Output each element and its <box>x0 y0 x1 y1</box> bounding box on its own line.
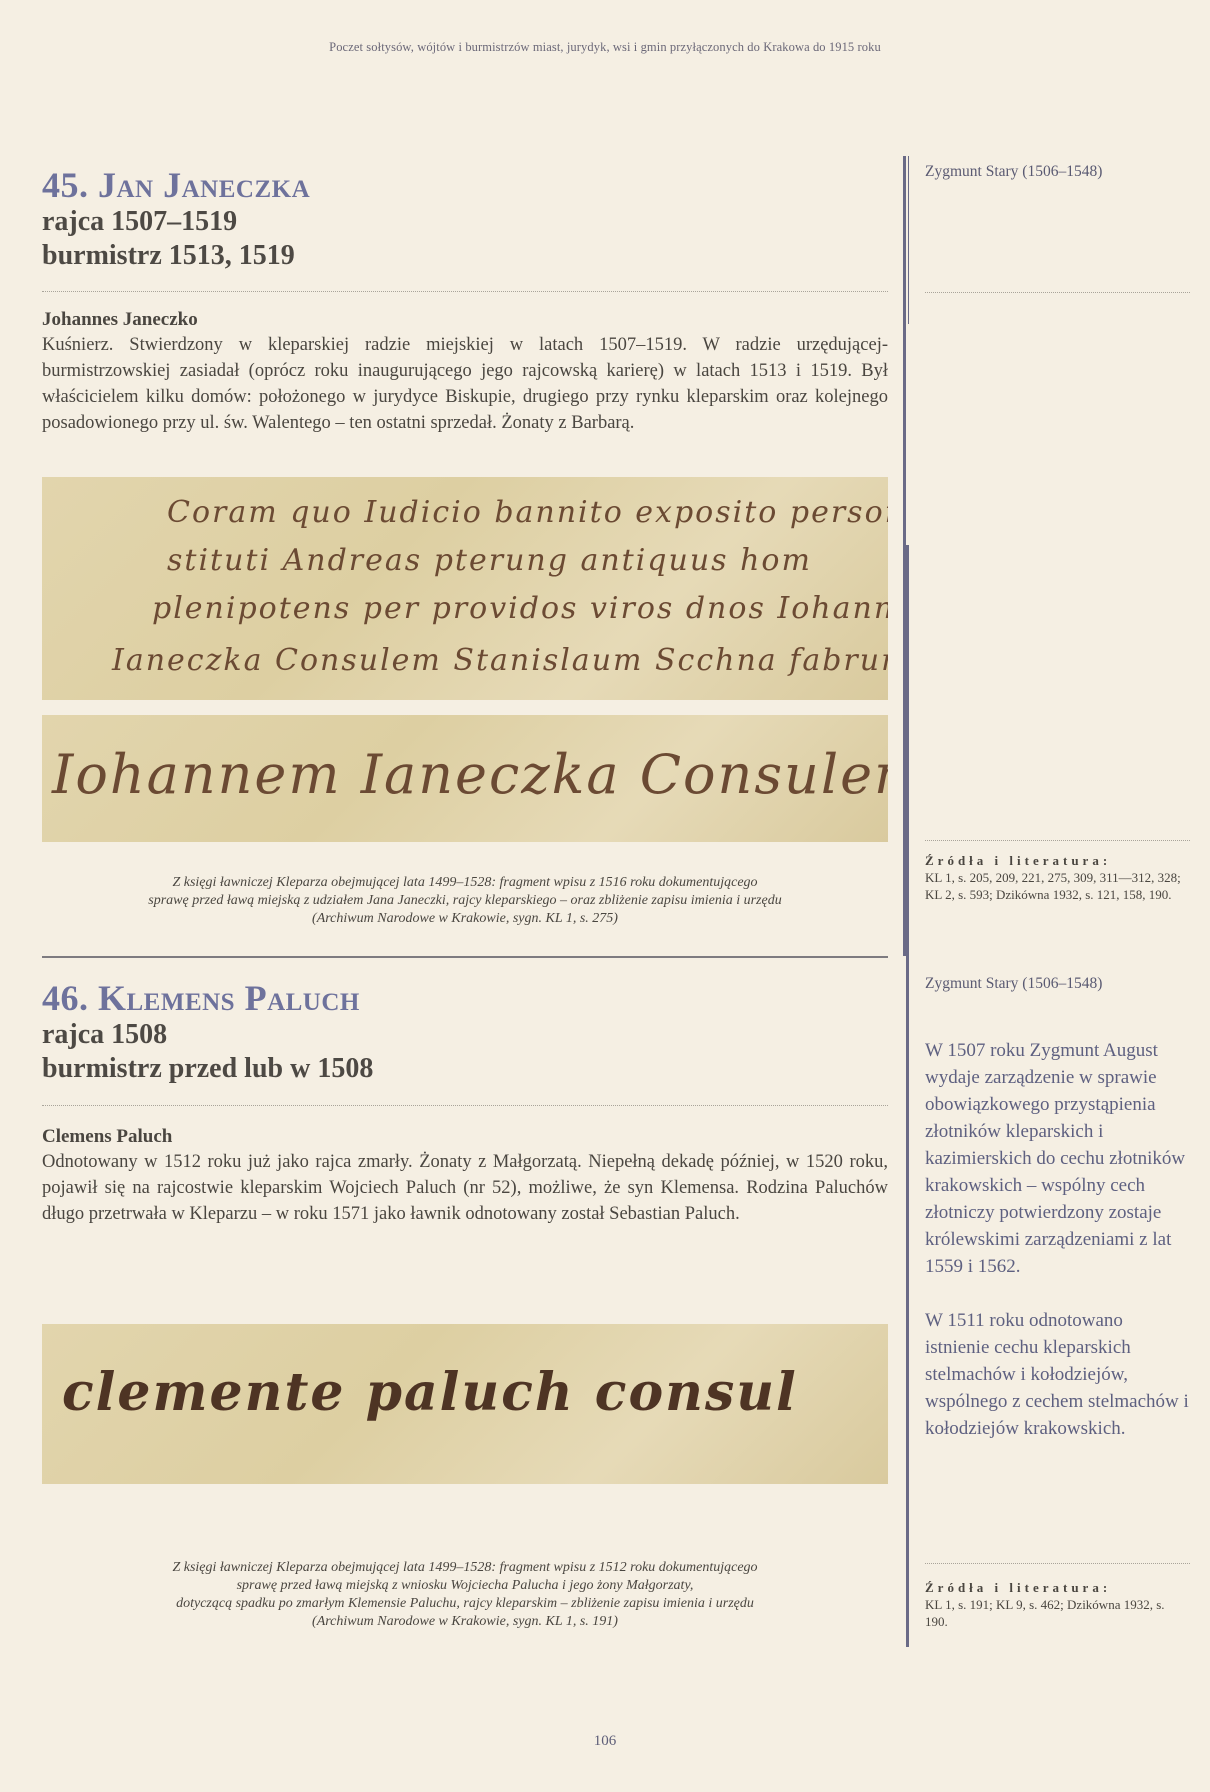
column-rule-upper-inner <box>908 156 909 324</box>
manuscript-line: stituti Andreas pterung antiquus hom <box>167 543 812 578</box>
latin-name: Johannes Janeczko <box>42 308 888 332</box>
figure-caption: Z księgi ławniczej Kleparza obejmującej … <box>42 874 888 928</box>
manuscript-line: Iohannem Ianeczka Consulem <box>52 743 888 806</box>
biography-text: Kuśnierz. Stwierdzony w kleparskiej radz… <box>42 332 888 436</box>
sidebar-divider <box>925 292 1190 293</box>
reign-label: Zygmunt Stary (1506–1548) <box>925 163 1190 181</box>
sidebar-divider <box>925 1563 1190 1564</box>
biography-text: Odnotowany w 1512 roku już jako rajca zm… <box>42 1149 888 1227</box>
sources-label: Źródła i literatura: <box>925 1580 1190 1596</box>
manuscript-image-closeup: clemente paluch consul <box>42 1324 888 1484</box>
entry-title: 45. Jan Janeczka <box>42 165 888 205</box>
caption-line: sprawę przed ławą miejską z wniosku Wojc… <box>42 1577 888 1595</box>
latin-name: Clemens Paluch <box>42 1125 888 1149</box>
entry-title: 46. Klemens Paluch <box>42 978 888 1018</box>
office-line: burmistrz przed lub w 1508 <box>42 1052 888 1086</box>
manuscript-line: Coram quo Iudicio bannito exposito perso… <box>167 495 888 530</box>
manuscript-line: clemente paluch consul <box>62 1362 798 1423</box>
caption-line: Z księgi ławniczej Kleparza obejmującej … <box>42 1559 888 1577</box>
office-line: burmistrz 1513, 1519 <box>42 239 888 273</box>
caption-line: (Archiwum Narodowe w Krakowie, sygn. KL … <box>42 910 888 928</box>
office-line: rajca 1508 <box>42 1018 888 1052</box>
caption-line: Z księgi ławniczej Kleparza obejmującej … <box>42 874 888 892</box>
figure-caption: Z księgi ławniczej Kleparza obejmującej … <box>42 1559 888 1631</box>
sources-label: Źródła i literatura: <box>925 853 1190 869</box>
sidebar-note: W 1507 roku Zygmunt August wydaje zarząd… <box>925 1037 1190 1280</box>
office-line: rajca 1507–1519 <box>42 205 888 239</box>
running-header: Poczet sołtysów, wójtów i burmistrzów mi… <box>0 40 1210 55</box>
page-number: 106 <box>0 1733 1210 1750</box>
manuscript-image-full: Coram quo Iudicio bannito exposito perso… <box>42 477 888 700</box>
divider <box>42 291 888 292</box>
entry-separator <box>42 956 888 958</box>
reign-label: Zygmunt Stary (1506–1548) <box>925 975 1190 993</box>
sources-text: KL 1, s. 191; KL 9, s. 462; Dzikówna 193… <box>925 1596 1190 1630</box>
sidebar-divider <box>925 840 1190 841</box>
sidebar-note: W 1511 roku odnotowano istnienie cechu k… <box>925 1307 1190 1442</box>
sources-text: KL 1, s. 205, 209, 221, 275, 309, 311––3… <box>925 869 1190 903</box>
caption-line: dotyczącą spadku po zmarłym Klemensie Pa… <box>42 1595 888 1613</box>
manuscript-line: plenipotens per providos viros dnos Ioha… <box>152 591 888 626</box>
caption-line: sprawę przed ławą miejską z udziałem Jan… <box>42 892 888 910</box>
manuscript-line: Ianeczka Consulem Stanislaum Scchna fabr… <box>112 643 888 678</box>
column-rule-lower <box>906 545 909 1647</box>
caption-line: (Archiwum Narodowe w Krakowie, sygn. KL … <box>42 1613 888 1631</box>
manuscript-image-closeup: Iohannem Ianeczka Consulem <box>42 715 888 842</box>
divider <box>42 1105 888 1106</box>
